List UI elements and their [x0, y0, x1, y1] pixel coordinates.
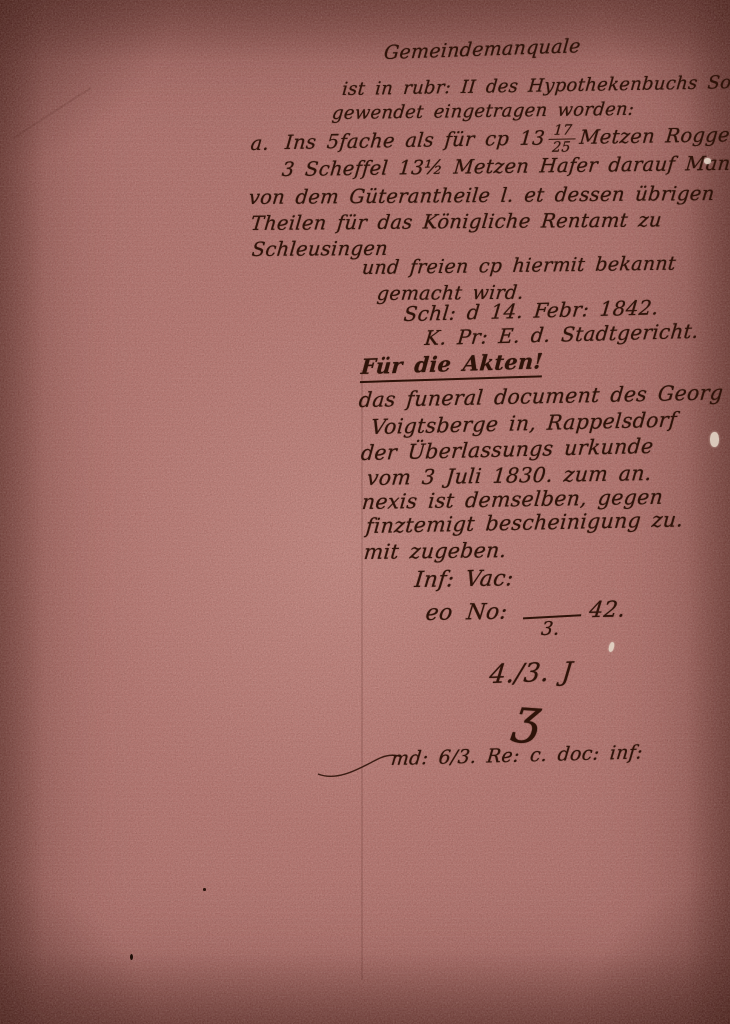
manuscript-page: Gemeindemanquale ist in rubr: II des Hyp…	[0, 0, 730, 1024]
fraction-17-25: 1725	[548, 123, 577, 155]
docket-prefix: eo	[424, 601, 454, 627]
ink-speck-bottom-left	[130, 954, 133, 960]
docket-number-line: eoNo:3.42.	[423, 598, 627, 642]
intro-line-1: ist in rubr: II des Hypothekenbuchs Solo	[341, 72, 730, 100]
item-a-post-text: Metzen Roggen	[579, 123, 730, 149]
item-a-pre-text: Ins 5fache als für cp 13	[284, 126, 546, 154]
docket-fraction: 3.	[520, 615, 581, 640]
item-a-marker: a.	[250, 131, 270, 154]
intro-line-2: gewendet eingetragen worden:	[331, 99, 635, 124]
corner-crease	[13, 87, 91, 138]
fraction-numerator: 17	[549, 123, 577, 140]
docket-fraction-denominator: 3.	[520, 618, 580, 640]
paper-chip-right-edge	[710, 432, 719, 447]
ins-vac-note: Inf: Vac:	[413, 566, 514, 593]
akten-line-3: der Überlassungs urkunde	[360, 434, 654, 465]
registrar-note: md: 6/3. Re: c. doc: inf:	[390, 741, 644, 770]
paper-fleck-center	[608, 642, 615, 653]
ink-speck-small	[203, 888, 206, 891]
item-a-line-4: Theilen für das Königliche Rentamt zu	[250, 208, 663, 235]
notice-line-1: und freien cp hiermit bekannt	[361, 253, 677, 279]
item-a-line-3: von dem Güterantheile l. et dessen übrig…	[248, 182, 716, 209]
akten-heading-text: Für die Akten!	[360, 348, 544, 383]
page-title: Gemeindemanquale	[383, 35, 582, 64]
docket-suffix: 42.	[588, 598, 627, 624]
akten-line-7: mit zugeben.	[363, 538, 508, 564]
akten-heading: Für die Akten!	[360, 348, 544, 379]
docket-no-label: No:	[465, 600, 508, 626]
date-initials: 4./3. J	[488, 657, 574, 690]
signature-flourish: ʒ	[510, 688, 545, 746]
